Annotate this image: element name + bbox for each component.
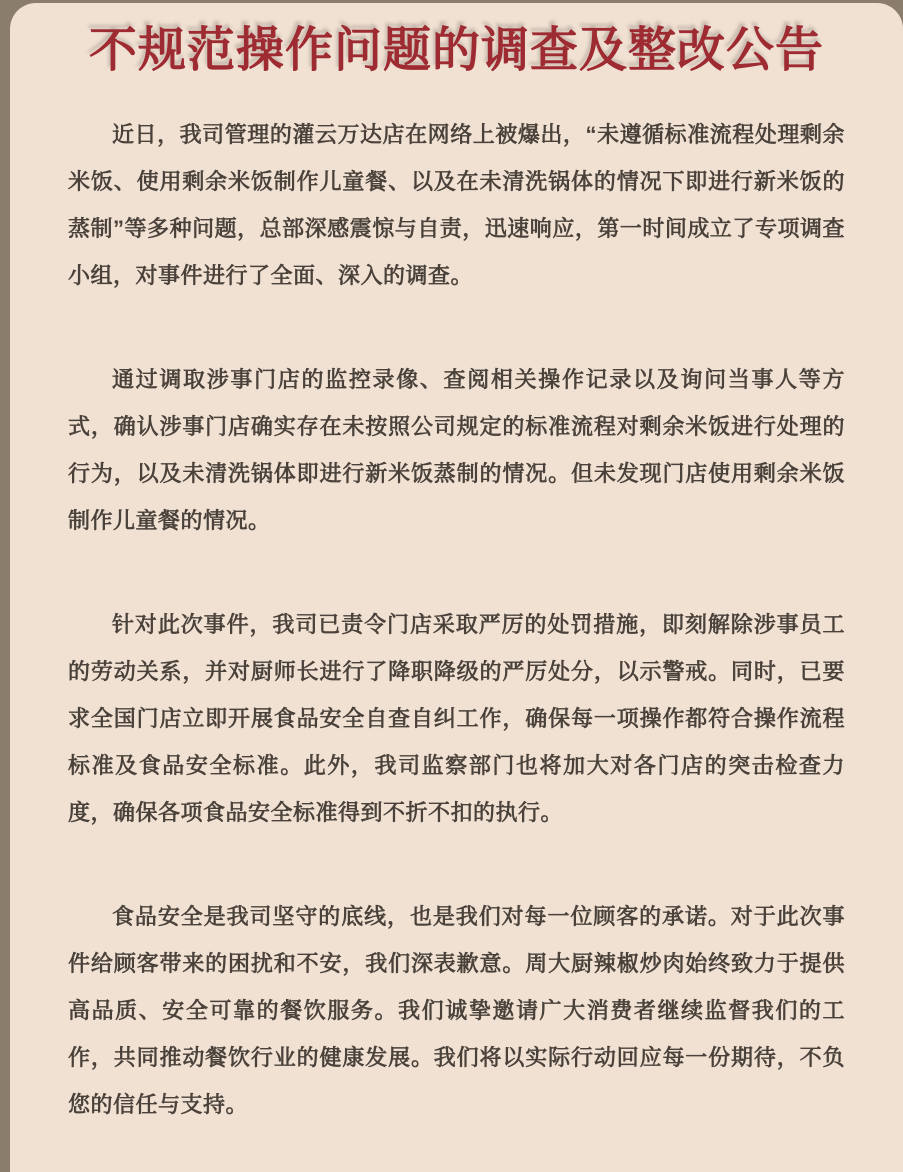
paragraph-apology-commitment: 食品安全是我司坚守的底线，也是我们对每一位顾客的承诺。对于此次事件给顾客带来的困… <box>68 893 845 1128</box>
paragraph-incident-report: 近日，我司管理的灌云万达店在网络上被爆出，“未遵循标准流程处理剩余米饭、使用剩余… <box>68 111 845 299</box>
announcement-title: 不规范操作问题的调查及整改公告 <box>68 21 845 81</box>
paragraph-investigation-findings: 通过调取涉事门店的监控录像、查阅相关操作记录以及询问当事人等方式，确认涉事门店确… <box>68 356 845 544</box>
announcement-card: 不规范操作问题的调查及整改公告 近日，我司管理的灌云万达店在网络上被爆出，“未遵… <box>10 3 903 1172</box>
announcement-body: 近日，我司管理的灌云万达店在网络上被爆出，“未遵循标准流程处理剩余米饭、使用剩余… <box>68 111 845 1128</box>
paragraph-disciplinary-measures: 针对此次事件，我司已责令门店采取严厉的处罚措施，即刻解除涉事员工的劳动关系，并对… <box>68 601 845 836</box>
